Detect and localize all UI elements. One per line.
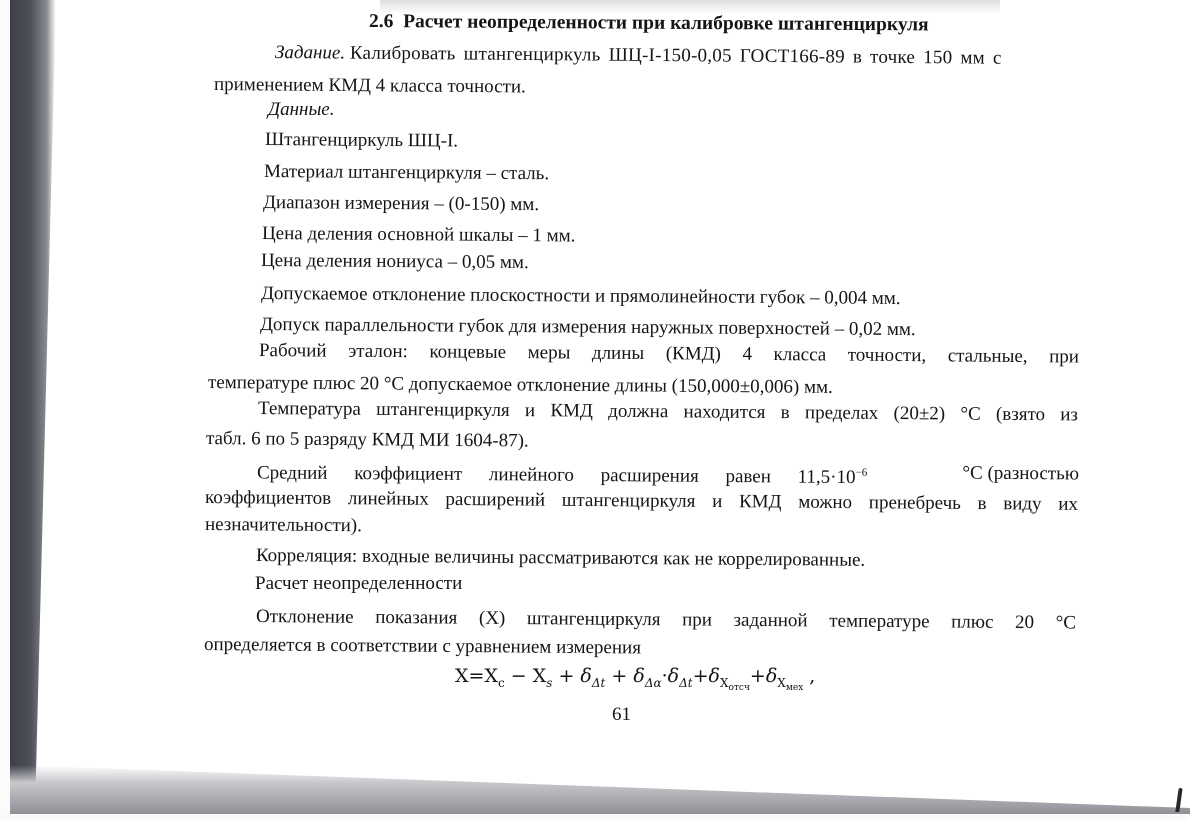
working-standard-line-2: температуре плюс 20 °С допускаемое откло… [208, 372, 833, 399]
data-item: Цена деления нониуса – 0,05 мм. [261, 250, 529, 274]
temperature-line-1: Температура штангенциркуля и КМД должна … [258, 398, 1078, 426]
task-label: Задание. [275, 42, 345, 64]
task-text: Калибровать штангенциркуль ШЦ-I-150-0,05… [350, 43, 1002, 69]
expansion-text: Средний коэффициент линейного расширения… [257, 457, 868, 489]
document-page: 2.6 Расчет неопределенности при калибров… [0, 0, 1190, 820]
data-item: Диапазон измерения – (0-150) мм. [263, 192, 539, 216]
section-title-text: Расчет неопределенности при калибровке ш… [403, 11, 929, 35]
deviation-line-2: определяется в соответствии с уравнением… [204, 634, 641, 659]
task-paragraph-line-1: Задание. Калибровать штангенциркуль ШЦ-I… [275, 42, 1085, 70]
data-heading: Данные. [268, 99, 335, 121]
uncertainty-heading: Расчет неопределенности [255, 573, 462, 595]
task-paragraph-line-2: применением КМД 4 класса точности. [214, 74, 526, 98]
temperature-line-2: табл. 6 по 5 разряду КМД МИ 1604-87). [206, 428, 529, 453]
section-title: 2.6 Расчет неопределенности при калибров… [369, 11, 929, 36]
data-item: Материал штангенциркуля – сталь. [264, 161, 549, 185]
data-item: Цена деления основной шкалы – 1 мм. [262, 223, 576, 247]
measurement-equation: X=Xc − Xs + δΔt + δΔα·δΔt+δXотсч+δXмех , [455, 664, 815, 700]
expansion-line-1: Средний коэффициент линейного расширения… [257, 457, 1079, 491]
data-item: Допуск параллельности губок для измерени… [260, 314, 916, 341]
correlation-text: Корреляция: входные величины рассматрива… [256, 545, 865, 572]
working-standard-line-1: Рабочий эталон: концевые меры длины (КМД… [259, 340, 1079, 368]
expansion-line-3: незначительности). [205, 514, 362, 537]
section-number: 2.6 [369, 11, 394, 32]
data-item: Допускаемое отклонение плоскостности и п… [261, 283, 901, 310]
expansion-line-2: коэффициентов линейных расширений штанге… [205, 487, 1078, 516]
page-number: 61 [612, 704, 631, 726]
deviation-line-1: Отклонение показания (Х) штангенциркуля … [256, 606, 1076, 634]
expansion-text-tail: °С (разностью [962, 463, 1079, 491]
data-item: Штангенциркуль ШЦ-I. [265, 129, 458, 153]
